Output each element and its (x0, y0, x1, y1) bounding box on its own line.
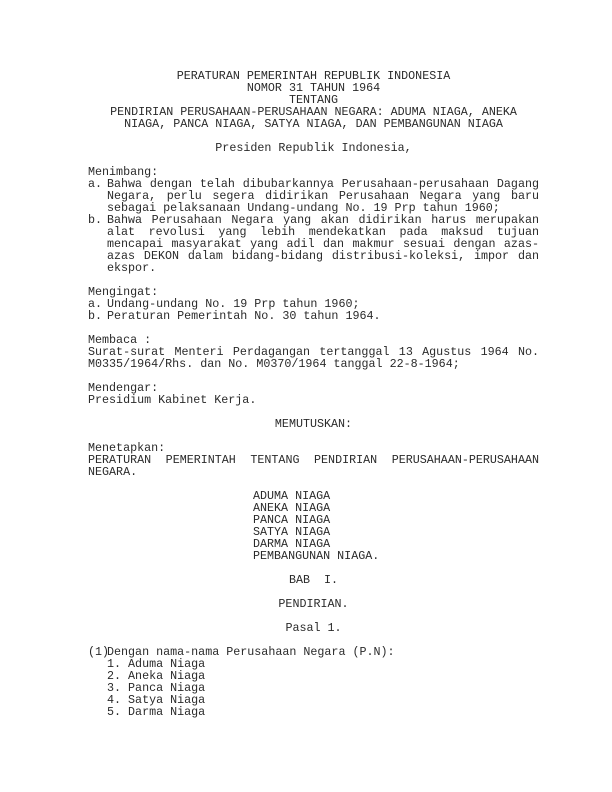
enterprise-list: 1. Aduma Niaga 2. Aneka Niaga 3. Panca N… (88, 658, 539, 718)
item-marker: a. (88, 178, 107, 214)
clause-marker: (1) (88, 646, 107, 658)
menetapkan-section: Menetapkan: PERATURAN PEMERINTAH TENTANG… (88, 442, 539, 478)
section-text: Surat-surat Menteri Perdagangan tertangg… (88, 346, 539, 370)
chapter-title: BAB I. (88, 574, 539, 586)
considerans-item: b. Bahwa Perusahaan Negara yang akan did… (88, 214, 539, 274)
reference-item: b. Peraturan Pemerintah No. 30 tahun 196… (88, 310, 539, 322)
document-page: PERATURAN PEMERINTAH REPUBLIK INDONESIA … (88, 70, 539, 718)
company-name: PEMBANGUNAN NIAGA. (253, 550, 539, 562)
item-text: Bahwa dengan telah dibubarkannya Perusah… (107, 178, 539, 214)
chapter-subtitle: PENDIRIAN. (88, 598, 539, 610)
mengingat-section: Mengingat: a. Undang-undang No. 19 Prp t… (88, 286, 539, 322)
header-line: NIAGA, PANCA NIAGA, SATYA NIAGA, DAN PEM… (88, 118, 539, 130)
item-text: Bahwa Perusahaan Negara yang akan didiri… (107, 214, 539, 274)
item-text: Peraturan Pemerintah No. 30 tahun 1964. (107, 310, 539, 322)
menimbang-section: Menimbang: a. Bahwa dengan telah dibubar… (88, 166, 539, 274)
memutuskan-heading: MEMUTUSKAN: (88, 418, 539, 430)
company-names-list: ADUMA NIAGA ANEKA NIAGA PANCA NIAGA SATY… (88, 490, 539, 562)
article-clause: (1) Dengan nama-nama Perusahaan Negara (… (88, 646, 539, 718)
membaca-section: Membaca : Surat-surat Menteri Perdaganga… (88, 334, 539, 370)
mendengar-section: Mendengar: Presidium Kabinet Kerja. (88, 382, 539, 406)
considerans-item: a. Bahwa dengan telah dibubarkannya Peru… (88, 178, 539, 214)
document-header: PERATURAN PEMERINTAH REPUBLIK INDONESIA … (88, 70, 539, 154)
article-title: Pasal 1. (88, 622, 539, 634)
president-line: Presiden Republik Indonesia, (88, 142, 539, 154)
item-marker: b. (88, 214, 107, 274)
section-text: PERATURAN PEMERINTAH TENTANG PENDIRIAN P… (88, 454, 539, 478)
list-item: 5. Darma Niaga (107, 706, 539, 718)
section-text: Presidium Kabinet Kerja. (88, 394, 539, 406)
item-marker: b. (88, 310, 107, 322)
